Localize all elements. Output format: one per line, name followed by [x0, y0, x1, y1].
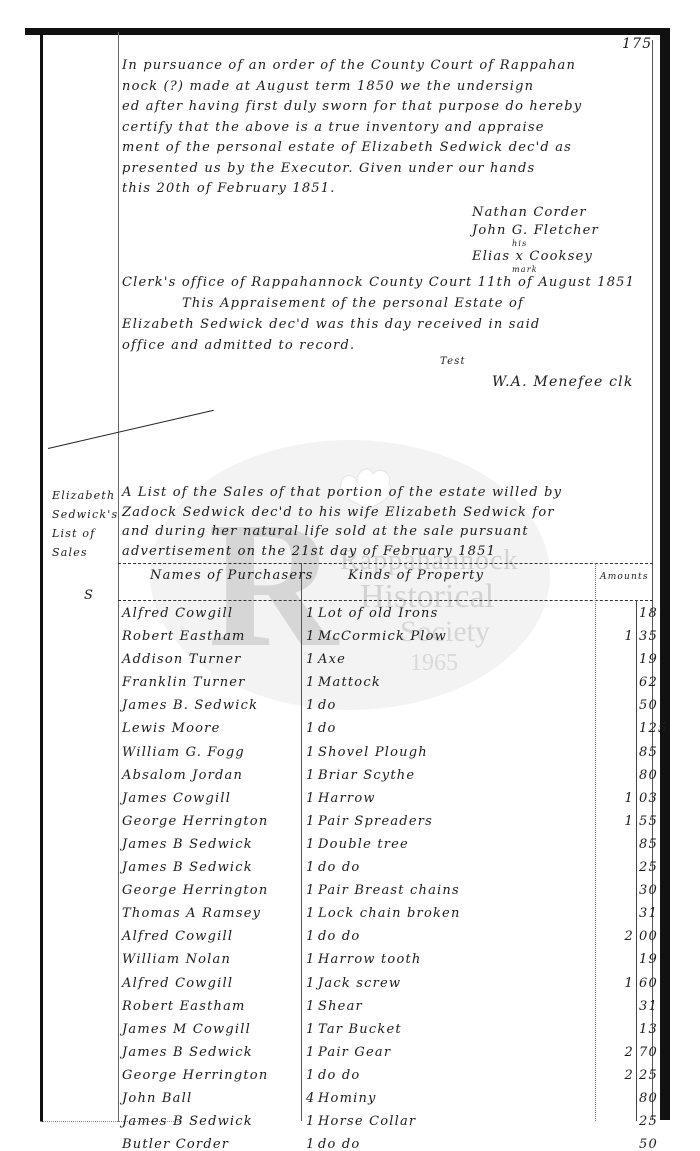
amount-cents: 60 — [639, 976, 658, 991]
quantity: 1 — [306, 952, 315, 967]
quantity: 1 — [306, 1022, 315, 1037]
purchaser-name: George Herrington — [122, 814, 268, 829]
property-kind: do do — [318, 929, 360, 944]
amount-cents: 50 — [639, 1137, 658, 1151]
purchaser-name: Alfred Cowgill — [122, 976, 233, 991]
purchaser-name: Addison Turner — [122, 652, 242, 667]
property-kind: Shovel Plough — [318, 745, 428, 760]
amount-cents: 50 — [639, 698, 658, 713]
quantity: 1 — [306, 606, 315, 621]
table-row: Thomas A Ramsey1Lock chain broken31 — [0, 904, 700, 927]
quantity: 1 — [306, 906, 315, 921]
property-kind: do do — [318, 1137, 360, 1151]
table-row: James B Sedwick1do do25 — [0, 858, 700, 881]
amount-cents: 80 — [639, 768, 658, 783]
property-kind: Axe — [318, 652, 346, 667]
quantity: 1 — [306, 883, 315, 898]
section-divider-stroke — [48, 410, 214, 449]
table-row: James B Sedwick1Pair Gear270 — [0, 1043, 700, 1066]
amount-cents: 70 — [639, 1045, 658, 1060]
table-row: Lewis Moore1do125 — [0, 719, 700, 742]
quantity: 1 — [306, 768, 315, 783]
property-kind: McCormick Plow — [318, 629, 447, 644]
purchaser-name: Absalom Jordan — [122, 768, 243, 783]
amount-cents: 30 — [639, 883, 658, 898]
purchaser-name: James B. Sedwick — [122, 698, 258, 713]
property-kind: do — [318, 698, 337, 713]
quantity: 1 — [306, 1114, 315, 1129]
amount-cents: 18 — [639, 606, 658, 621]
top-border-rule — [25, 28, 670, 35]
table-row: Alfred Cowgill1do do200 — [0, 927, 700, 950]
amount-dollars: 2 — [608, 1045, 634, 1060]
purchaser-name: Lewis Moore — [122, 721, 221, 736]
purchaser-name: Alfred Cowgill — [122, 929, 233, 944]
purchaser-name: George Herrington — [122, 883, 268, 898]
quantity: 1 — [306, 929, 315, 944]
purchaser-name: James M Cowgill — [122, 1022, 251, 1037]
certificate-line: In pursuance of an order of the County C… — [122, 56, 652, 77]
purchaser-name: George Herrington — [122, 1068, 268, 1083]
amount-dollars: 1 — [608, 791, 634, 806]
amount-dollars: 1 — [608, 976, 634, 991]
amount-cents: 19 — [639, 652, 658, 667]
quantity: 1 — [306, 629, 315, 644]
quantity: 1 — [306, 999, 315, 1014]
property-kind: Lock chain broken — [318, 906, 461, 921]
amount-cents: 25 — [639, 1068, 658, 1083]
amount-dollars: 2 — [608, 929, 634, 944]
quantity: 1 — [306, 1068, 315, 1083]
amount-cents: 00 — [639, 929, 658, 944]
purchaser-name: William G. Fogg — [122, 745, 245, 760]
certificate-line: ment of the personal estate of Elizabeth… — [122, 138, 652, 159]
property-kind: Jack screw — [318, 976, 401, 991]
test-label: Test — [440, 356, 466, 367]
quantity: 1 — [306, 745, 315, 760]
property-kind: Mattock — [318, 675, 381, 690]
purchaser-name: James B Sedwick — [122, 1114, 253, 1129]
amount-cents: 85 — [639, 837, 658, 852]
purchaser-name: Butler Corder — [122, 1137, 229, 1151]
margin-mark: S — [84, 588, 94, 603]
table-row: George Herrington1Pair Spreaders155 — [0, 812, 700, 835]
table-row: James Cowgill1Harrow103 — [0, 789, 700, 812]
table-row: Butler Corder1do do50 — [0, 1135, 700, 1151]
quantity: 1 — [306, 837, 315, 852]
appraisal-certificate: In pursuance of an order of the County C… — [122, 56, 652, 200]
purchaser-name: James Cowgill — [122, 791, 231, 806]
table-row: Absalom Jordan1Briar Scythe80 — [0, 766, 700, 789]
mark-label-his: his — [512, 240, 599, 248]
margin-line: Sedwick's — [52, 505, 116, 524]
intro-line: advertisement on the 21st day of Februar… — [122, 542, 652, 562]
header-amounts: Amounts — [600, 572, 649, 582]
quantity: 1 — [306, 1137, 315, 1151]
amount-cents: 03 — [639, 791, 658, 806]
certificate-line: ed after having first duly sworn for tha… — [122, 97, 652, 118]
quantity: 1 — [306, 976, 315, 991]
table-row: James B. Sedwick1do50 — [0, 696, 700, 719]
quantity: 1 — [306, 814, 315, 829]
certificate-line: presented us by the Executor. Given unde… — [122, 159, 652, 180]
clerk-note: Clerk's office of Rappahannock County Co… — [122, 272, 652, 356]
purchaser-name: James B Sedwick — [122, 837, 253, 852]
amount-dollars: 1 — [608, 629, 634, 644]
amount-cents: 55 — [639, 814, 658, 829]
purchaser-name: Franklin Turner — [122, 675, 246, 690]
quantity: 1 — [306, 652, 315, 667]
amount-cents: 85 — [639, 745, 658, 760]
page-number: 175 — [622, 36, 652, 52]
intro-line: Zadock Sedwick dec'd to his wife Elizabe… — [122, 503, 652, 523]
quantity: 1 — [306, 698, 315, 713]
quantity: 1 — [306, 860, 315, 875]
property-kind: Harrow tooth — [318, 952, 421, 967]
table-row: Alfred Cowgill1Lot of old Irons18 — [0, 604, 700, 627]
table-row: William Nolan1Harrow tooth19 — [0, 950, 700, 973]
quantity: 1 — [306, 675, 315, 690]
property-kind: Hominy — [318, 1091, 377, 1106]
purchaser-name: James B Sedwick — [122, 860, 253, 875]
sale-intro: A List of the Sales of that portion of t… — [122, 483, 652, 561]
amount-cents: 35 — [639, 629, 658, 644]
amount-cents: 31 — [639, 999, 658, 1014]
table-row: John Ball4Hominy80 — [0, 1089, 700, 1112]
table-row: James M Cowgill1Tar Bucket13 — [0, 1020, 700, 1043]
table-subheader-rule — [118, 600, 653, 602]
property-kind: Double tree — [318, 837, 409, 852]
amount-dollars: 2 — [608, 1068, 634, 1083]
signature: John G. Fletcher — [472, 222, 599, 240]
table-row: Robert Eastham1McCormick Plow135 — [0, 627, 700, 650]
table-row: George Herrington1Pair Breast chains30 — [0, 881, 700, 904]
amount-dollars: 1 — [608, 814, 634, 829]
margin-line: Elizabeth — [52, 486, 116, 505]
quantity: 1 — [306, 791, 315, 806]
property-kind: Shear — [318, 999, 363, 1014]
certificate-line: certify that the above is a true invento… — [122, 118, 652, 139]
clerk-line: Clerk's office of Rappahannock County Co… — [122, 272, 652, 293]
intro-line: A List of the Sales of that portion of t… — [122, 483, 652, 503]
table-header-rule — [118, 563, 653, 565]
amount-cents: 125 — [639, 721, 667, 736]
table-row: Robert Eastham1Shear31 — [0, 997, 700, 1020]
property-kind: Pair Gear — [318, 1045, 391, 1060]
table-row: Franklin Turner1Mattock62 — [0, 673, 700, 696]
table-row: Addison Turner1Axe19 — [0, 650, 700, 673]
purchaser-name: John Ball — [122, 1091, 192, 1106]
property-kind: do do — [318, 1068, 360, 1083]
signature: Nathan Corder — [472, 204, 599, 222]
clerk-line: Elizabeth Sedwick dec'd was this day rec… — [122, 314, 652, 335]
table-row: William G. Fogg1Shovel Plough85 — [0, 743, 700, 766]
margin-note: Elizabeth Sedwick's List of Sales — [52, 486, 116, 562]
table-row: George Herrington1do do225 — [0, 1066, 700, 1089]
property-kind: do do — [318, 860, 360, 875]
property-kind: Horse Collar — [318, 1114, 416, 1129]
table-row: James B Sedwick1Double tree85 — [0, 835, 700, 858]
header-purchaser-names: Names of Purchasers — [150, 568, 314, 583]
margin-line: List of — [52, 524, 116, 543]
table-row: Alfred Cowgill1Jack screw160 — [0, 974, 700, 997]
amount-cents: 80 — [639, 1091, 658, 1106]
property-kind: do — [318, 721, 337, 736]
margin-line: Sales — [52, 543, 116, 562]
property-kind: Lot of old Irons — [318, 606, 438, 621]
property-kind: Briar Scythe — [318, 768, 415, 783]
property-kind: Pair Spreaders — [318, 814, 433, 829]
signature: Elias x Cooksey — [472, 248, 599, 266]
intro-line: and during her natural life sold at the … — [122, 522, 652, 542]
purchaser-name: Robert Eastham — [122, 999, 246, 1014]
purchaser-name: William Nolan — [122, 952, 231, 967]
sales-table: Alfred Cowgill1Lot of old Irons18 Robert… — [0, 604, 700, 1151]
property-kind: Pair Breast chains — [318, 883, 460, 898]
purchaser-name: Thomas A Ramsey — [122, 906, 261, 921]
clerk-line: This Appraisement of the personal Estate… — [122, 293, 652, 314]
purchaser-name: Alfred Cowgill — [122, 606, 233, 621]
amount-cents: 19 — [639, 952, 658, 967]
amount-cents: 31 — [639, 906, 658, 921]
certificate-line: this 20th of February 1851. — [122, 179, 652, 200]
quantity: 1 — [306, 1045, 315, 1060]
purchaser-name: Robert Eastham — [122, 629, 246, 644]
ledger-page: R Rappahannock Historical Society 1965 1… — [0, 0, 700, 1151]
clerk-signature: W.A. Menefee clk — [492, 374, 634, 390]
appraiser-signatures: Nathan Corder John G. Fletcher his Elias… — [472, 204, 599, 274]
quantity: 4 — [306, 1091, 315, 1106]
property-kind: Harrow — [318, 791, 376, 806]
quantity: 1 — [306, 721, 315, 736]
amount-cents: 13 — [639, 1022, 658, 1037]
amount-cents: 25 — [639, 860, 658, 875]
table-row: James B Sedwick1Horse Collar25 — [0, 1112, 700, 1135]
property-kind: Tar Bucket — [318, 1022, 402, 1037]
header-kinds-of-property: Kinds of Property — [348, 568, 484, 583]
purchaser-name: James B Sedwick — [122, 1045, 253, 1060]
amount-cents: 25 — [639, 1114, 658, 1129]
certificate-line: nock (?) made at August term 1850 we the… — [122, 77, 652, 98]
clerk-line: office and admitted to record. — [122, 335, 652, 356]
amount-cents: 62 — [639, 675, 658, 690]
